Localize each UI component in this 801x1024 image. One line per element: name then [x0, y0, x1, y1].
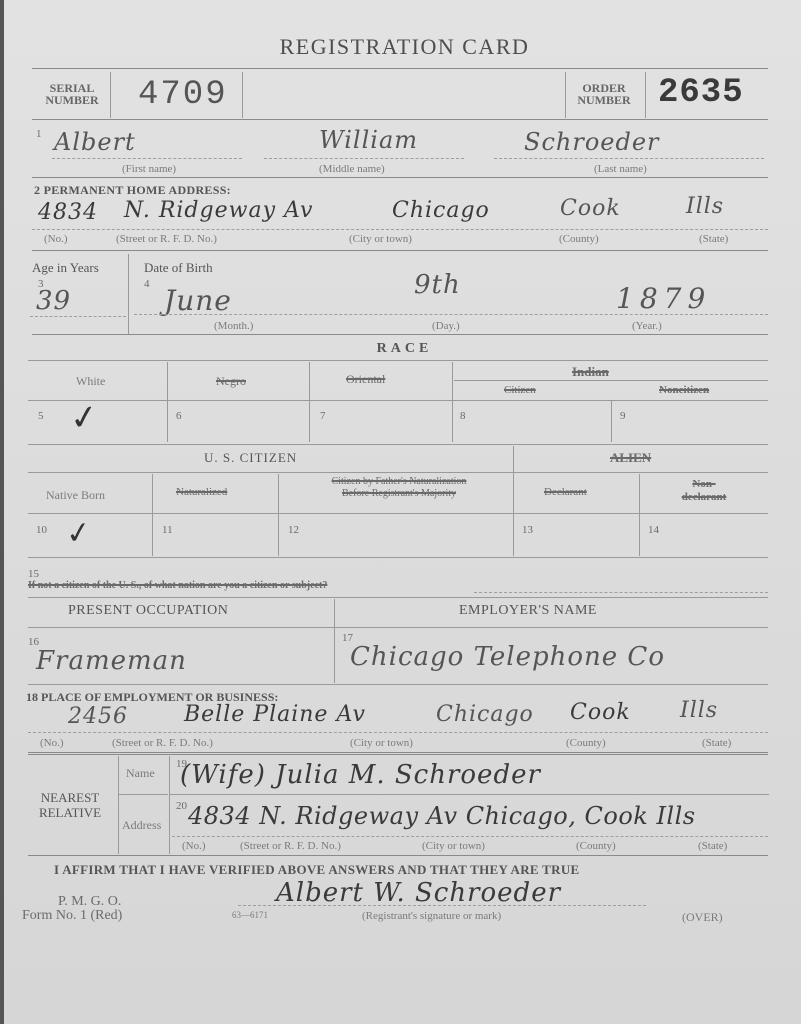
birth-day-value: 9th	[414, 270, 461, 300]
race-white-checkmark: ✓	[67, 396, 101, 440]
relative-address-value: 4834 N. Ridgeway Av Chicago, Cook Ills	[188, 802, 696, 830]
employer-heading: EMPLOYER'S NAME	[459, 603, 597, 619]
employment-no: 2456	[68, 704, 128, 729]
relative-name-value: (Wife) Julia M. Schroeder	[180, 760, 541, 790]
race-indian-label: Indian	[572, 364, 609, 380]
home-address-label: 2 PERMANENT HOME ADDRESS:	[34, 183, 231, 198]
registrant-signature: Albert W. Schroeder	[276, 878, 561, 908]
home-address-street: N. Ridgeway Av	[124, 198, 313, 223]
native-born-label: Native Born	[46, 488, 105, 503]
naturalized-label: Naturalized	[176, 486, 227, 498]
employment-street: Belle Plaine Av	[184, 702, 366, 727]
card-title: REGISTRATION CARD	[4, 34, 801, 60]
race-indian-citizen-label: Citizen	[504, 384, 536, 396]
birth-label: Date of Birth	[144, 260, 213, 276]
employment-state: Ills	[680, 698, 718, 723]
employment-city: Chicago	[436, 702, 534, 727]
home-address-no: 4834	[38, 200, 98, 225]
form-code: 63—6171	[232, 910, 268, 920]
race-oriental-label: Oriental	[346, 372, 385, 387]
race-negro-label: Negro	[216, 374, 246, 389]
occupation-heading: PRESENT OCCUPATION	[68, 603, 228, 619]
race-white-label: White	[76, 374, 105, 389]
us-citizen-heading: U. S. CITIZEN	[204, 450, 297, 466]
home-address-city: Chicago	[392, 198, 490, 223]
race-heading: RACE	[4, 341, 801, 357]
middle-name-value: William	[319, 126, 418, 154]
serial-number-label: SERIAL NUMBER	[36, 82, 108, 106]
form-number-label: Form No. 1 (Red)	[22, 908, 122, 924]
nation-question-label: If not a citizen of the U. S., of what n…	[28, 580, 327, 591]
last-name-value: Schroeder	[524, 128, 660, 156]
native-born-checkmark: ✓	[64, 514, 94, 552]
relative-address-label: Address	[122, 818, 161, 833]
birth-year-value: 1879	[616, 282, 711, 315]
birth-month-value: June	[164, 284, 232, 317]
nondeclarant-label: Non- declarant	[664, 478, 744, 504]
employment-county: Cook	[570, 700, 631, 725]
registration-card: REGISTRATION CARD SERIAL NUMBER 4709 ORD…	[0, 0, 801, 1024]
age-label: Age in Years	[32, 260, 99, 276]
alien-heading: ALIEN	[610, 450, 651, 466]
order-number-value: 2635	[658, 74, 744, 112]
home-address-county: Cook	[560, 196, 621, 221]
first-name-value: Albert	[54, 128, 136, 156]
affirmation-text: I AFFIRM THAT I HAVE VERIFIED ABOVE ANSW…	[54, 862, 580, 878]
over-label: (OVER)	[682, 910, 723, 925]
occupation-value: Frameman	[36, 646, 187, 676]
home-address-state: Ills	[686, 194, 724, 219]
race-indian-noncitizen-label: Noncitizen	[659, 384, 709, 396]
relative-name-label: Name	[126, 766, 155, 781]
employer-value: Chicago Telephone Co	[350, 642, 665, 672]
nearest-relative-label: NEAREST RELATIVE	[26, 790, 114, 820]
citizen-by-father-label: Citizen by Father's Naturalization Befor…	[288, 476, 510, 500]
declarant-label: Declarant	[544, 486, 587, 498]
serial-number-value: 4709	[138, 76, 228, 114]
order-number-label: ORDER NUMBER	[567, 82, 641, 106]
age-value: 39	[36, 286, 71, 316]
